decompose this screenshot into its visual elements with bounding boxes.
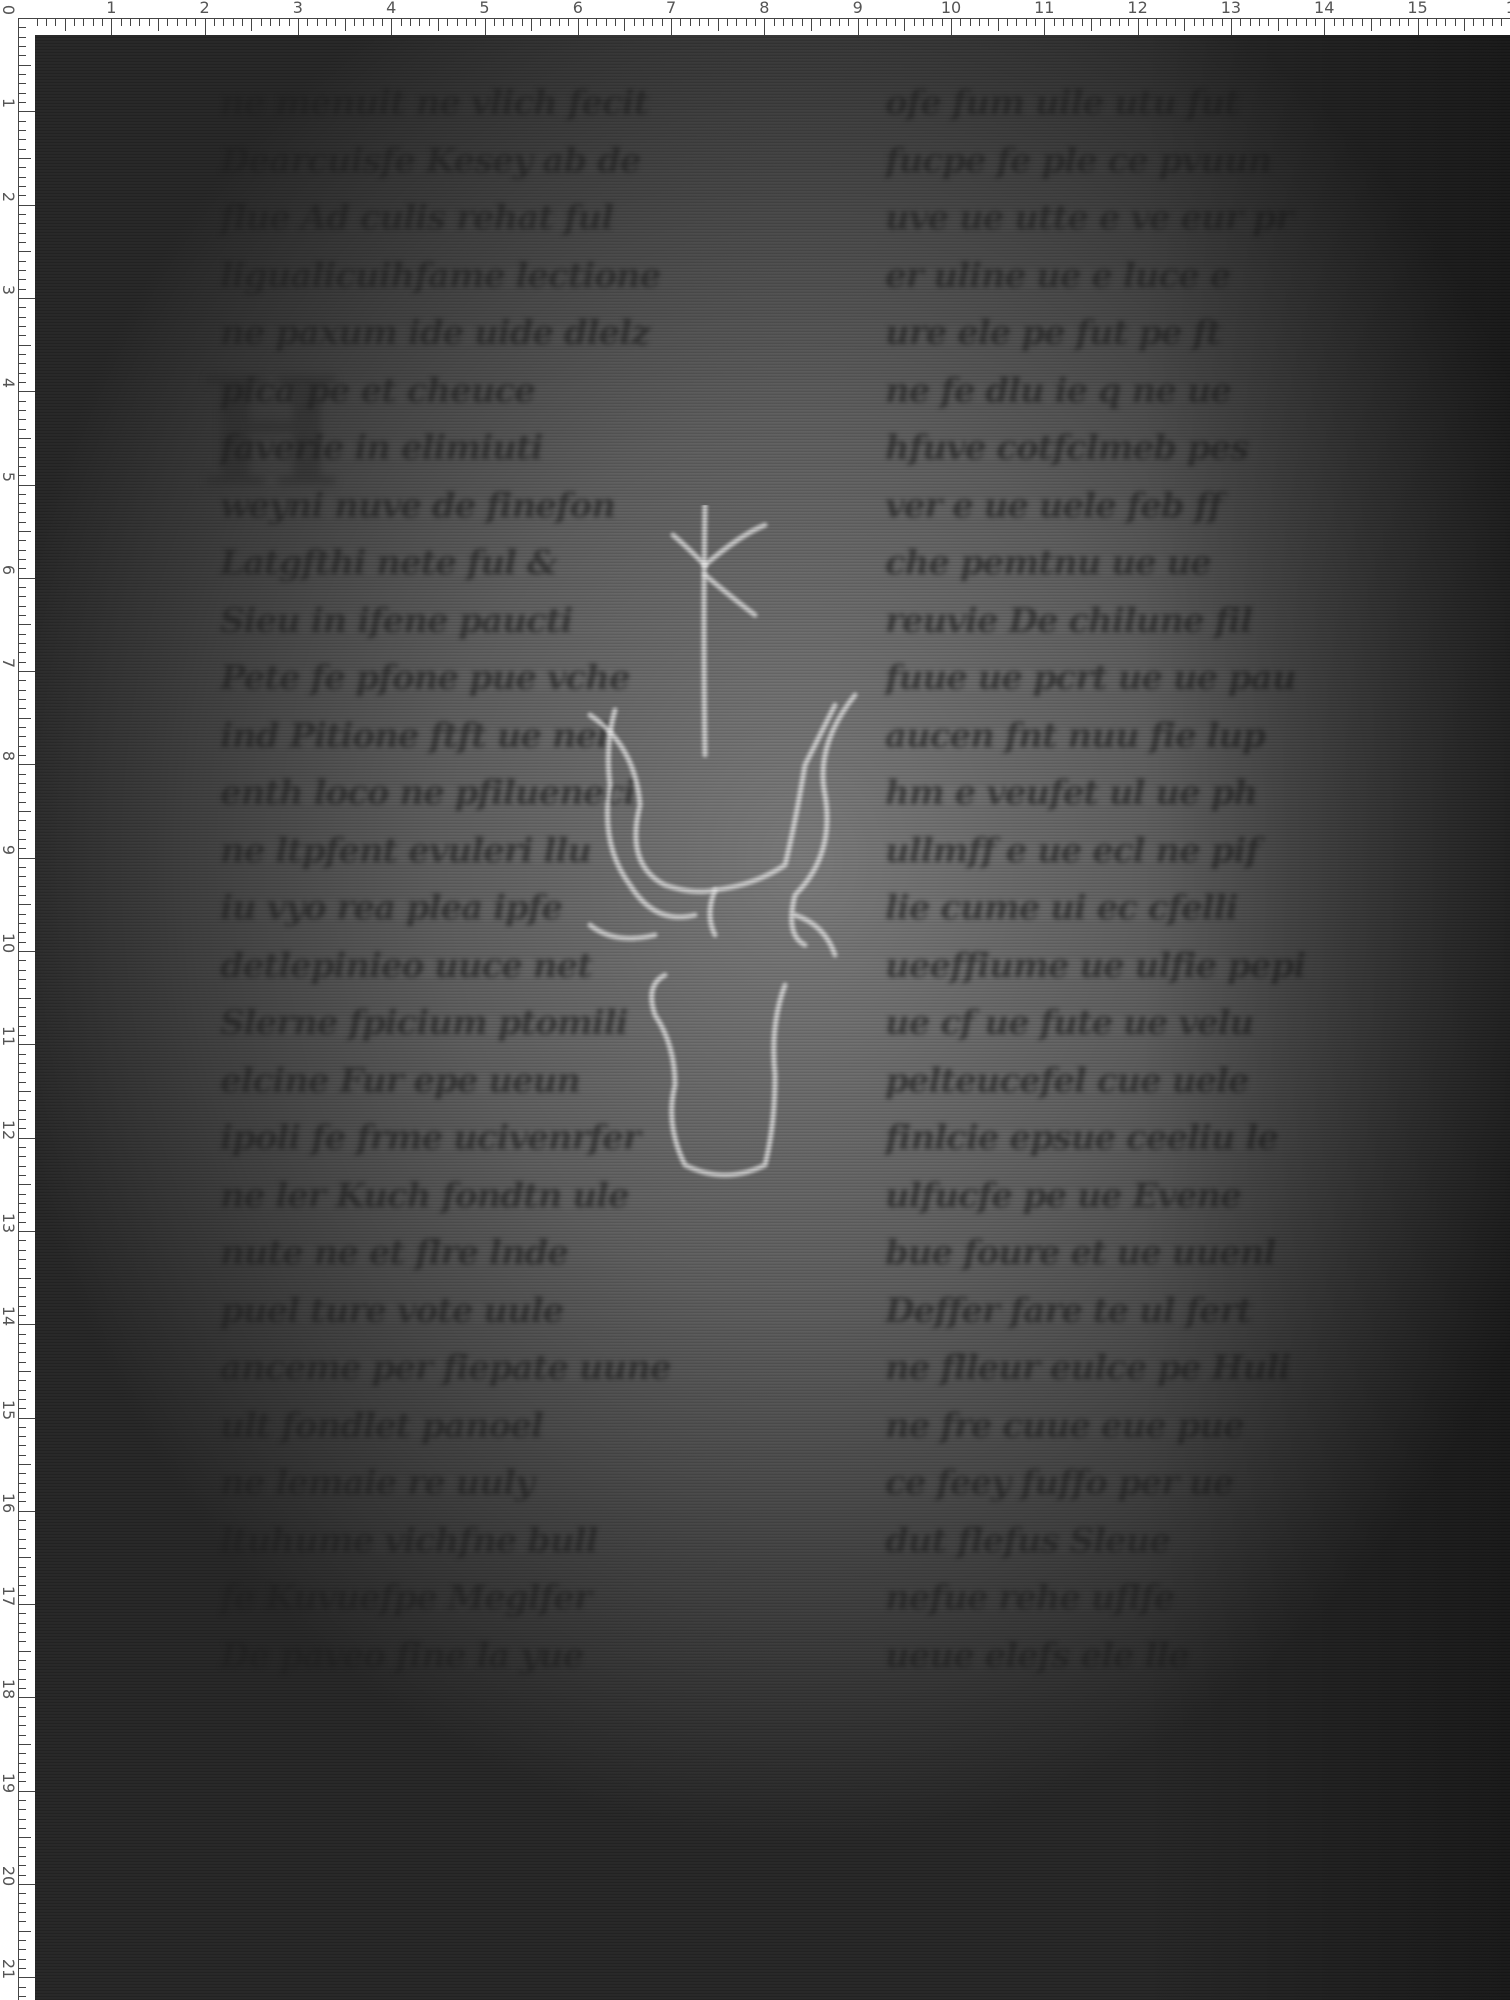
manuscript-line: ue cf ue fute ue velu	[885, 995, 1445, 1053]
ruler-tick	[19, 242, 26, 243]
ruler-tick	[19, 1707, 26, 1708]
ruler-tick	[177, 19, 178, 26]
ruler-tick	[1054, 19, 1055, 26]
ruler-tick	[531, 19, 532, 31]
manuscript-line: pica pe et cheuce	[220, 363, 780, 421]
ruler-tick	[19, 1184, 31, 1185]
ruler-tick	[19, 606, 26, 607]
ruler-tick	[19, 774, 26, 775]
ruler-tick	[19, 596, 26, 597]
ruler-tick	[1343, 19, 1344, 26]
ruler-tick	[19, 1026, 26, 1027]
manuscript-line: Dearcuisfe Kesey ab de	[220, 133, 780, 191]
ruler-tick	[540, 19, 541, 26]
ruler-top-label: 4	[386, 0, 396, 16]
ruler-tick	[19, 904, 31, 905]
ruler-tick	[942, 19, 943, 26]
ruler-tick	[1315, 19, 1316, 26]
ruler-tick	[19, 1194, 26, 1195]
ruler-tick	[19, 1390, 26, 1391]
ruler-tick	[1016, 19, 1017, 26]
ruler-tick	[578, 19, 579, 35]
ruler-tick	[19, 18, 35, 19]
ruler-tick	[19, 1548, 26, 1549]
ruler-tick	[19, 1296, 26, 1297]
ruler-tick	[19, 736, 26, 737]
ruler-tick	[19, 1567, 26, 1568]
ruler-tick	[19, 699, 26, 700]
ruler-tick	[19, 1427, 26, 1428]
manuscript-line: ult fondlet panoel	[220, 1398, 780, 1456]
manuscript-line: ce feey fuffo per ue	[885, 1455, 1445, 1513]
ruler-tick	[550, 19, 551, 26]
ruler-tick	[19, 1511, 35, 1512]
manuscript-line: reuvie De chilune fil	[885, 593, 1445, 651]
ruler-tick	[19, 1847, 26, 1848]
ruler-tick	[895, 19, 896, 26]
ruler-tick	[19, 680, 26, 681]
ruler-tick	[932, 19, 933, 26]
ruler-tick	[914, 19, 915, 26]
ruler-tick	[615, 19, 616, 26]
ruler-tick	[19, 65, 31, 66]
ruler-tick	[401, 19, 402, 26]
ruler-tick	[19, 960, 26, 961]
ruler-tick	[820, 19, 821, 26]
ruler-tick	[19, 1875, 26, 1876]
ruler-tick	[19, 205, 35, 206]
ruler-tick	[19, 1660, 26, 1661]
ruler-tick	[1026, 19, 1027, 26]
ruler-tick	[19, 764, 35, 765]
manuscript-line: ligualicuihfame lectione	[220, 248, 780, 306]
ruler-tick	[466, 19, 467, 26]
ruler-tick	[19, 1604, 35, 1605]
ruler-tick	[19, 382, 26, 383]
ruler-tick	[19, 1763, 26, 1764]
ruler-tick	[1072, 19, 1073, 26]
ruler-tick	[121, 19, 122, 26]
ruler-tick	[19, 1651, 31, 1652]
ruler-tick	[19, 1147, 26, 1148]
ruler-tick	[19, 755, 26, 756]
ruler-tick	[811, 19, 812, 31]
manuscript-line: fucpe fe ple ce pvuun	[885, 133, 1445, 191]
ruler-tick	[186, 19, 187, 26]
ruler-tick	[270, 19, 271, 26]
ruler-tick	[19, 46, 26, 47]
ruler-tick	[19, 485, 35, 486]
ruler-tick	[690, 19, 691, 26]
ruler-tick	[19, 279, 26, 280]
manuscript-line: fe Kuvuefpe Meglfer	[220, 1570, 780, 1628]
ruler-left-label: 11	[0, 1026, 16, 1046]
ruler-tick	[19, 1240, 26, 1241]
ruler-tick	[19, 1100, 26, 1101]
ruler-tick	[19, 1996, 26, 1997]
ruler-tick	[307, 19, 308, 26]
manuscript-line: nefue rehe uflfe	[885, 1570, 1445, 1628]
ruler-tick	[19, 438, 31, 439]
ruler-tick	[680, 19, 681, 26]
ruler-tick	[19, 559, 26, 560]
ruler-tick	[93, 19, 94, 26]
ruler-tick	[1240, 19, 1241, 26]
ruler-tick	[242, 19, 243, 26]
ruler-tick	[494, 19, 495, 26]
ruler-tick	[19, 867, 26, 868]
ruler-tick	[19, 522, 26, 523]
ruler-left-label: 7	[0, 658, 16, 668]
ruler-tick	[1119, 19, 1120, 26]
ruler-tick	[373, 19, 374, 26]
ruler-tick	[19, 830, 26, 831]
ruler-left-label: 1	[0, 98, 16, 108]
manuscript-line: ne paxum ide uide dlelz	[220, 305, 780, 363]
ruler-tick	[19, 1044, 35, 1045]
manuscript-line: aucen fnt nuu fie lup	[885, 708, 1445, 766]
ruler-tick	[19, 886, 26, 887]
ruler-tick	[522, 19, 523, 26]
ruler-tick	[19, 1781, 26, 1782]
ruler-tick	[746, 19, 747, 26]
ruler-tick	[19, 83, 26, 84]
ruler-tick	[699, 19, 700, 26]
ruler-tick	[19, 1557, 31, 1558]
ruler-tick	[149, 19, 150, 26]
ruler-tick	[19, 475, 26, 476]
manuscript-line: flue Ad culis rehat ful	[220, 190, 780, 248]
manuscript-line: pelteucefel cue uele	[885, 1053, 1445, 1111]
manuscript-line: hm e veufet ul ue ph	[885, 765, 1445, 823]
ruler-left: 0123456789101112131415161718192021	[0, 0, 35, 2000]
ruler-tick	[19, 1315, 26, 1316]
ruler-tick	[652, 19, 653, 26]
ruler-top-label: 3	[293, 0, 303, 16]
ruler-tick	[1259, 19, 1260, 26]
ruler-top: 01234567891011121314151	[0, 0, 1510, 35]
ruler-tick	[167, 19, 168, 26]
ruler-tick	[19, 1772, 26, 1773]
ruler-tick	[111, 19, 112, 35]
ruler-tick	[19, 1054, 26, 1055]
ruler-tick	[83, 19, 84, 26]
manuscript-line: ver e ue uele feb ff	[885, 478, 1445, 536]
ruler-top-label: 1	[106, 0, 116, 16]
ruler-tick	[19, 410, 26, 411]
ruler-tick	[19, 1959, 26, 1960]
ruler-tick	[261, 19, 262, 26]
ruler-tick	[19, 1418, 35, 1419]
ruler-tick	[19, 998, 31, 999]
ruler-tick	[1334, 19, 1335, 26]
ruler-tick	[19, 624, 31, 625]
ruler-top-label: 11	[1034, 0, 1054, 16]
ruler-tick	[19, 1641, 26, 1642]
ruler-tick	[19, 1949, 26, 1950]
ruler-tick	[345, 19, 346, 31]
ruler-tick	[19, 1931, 31, 1932]
ruler-tick	[19, 1529, 26, 1530]
ruler-tick	[19, 932, 26, 933]
ruler-tick	[19, 1893, 26, 1894]
ruler-tick	[19, 979, 26, 980]
ruler-tick	[19, 802, 26, 803]
ruler-tick	[102, 19, 103, 26]
ruler-tick	[19, 578, 35, 579]
ruler-tick	[214, 19, 215, 26]
ruler-top-label: 9	[853, 0, 863, 16]
ruler-tick	[1436, 19, 1437, 26]
ruler-tick	[19, 447, 26, 448]
ruler-tick	[19, 158, 31, 159]
ruler-tick	[19, 1156, 26, 1157]
ruler-tick	[19, 177, 26, 178]
ruler-tick	[19, 457, 26, 458]
ruler-tick	[1082, 19, 1083, 26]
ruler-tick	[19, 1977, 35, 1978]
ruler-tick	[19, 1334, 26, 1335]
ruler-tick	[19, 1278, 31, 1279]
ruler-tick	[19, 1399, 26, 1400]
ruler-tick	[19, 1940, 26, 1941]
ruler-tick	[19, 307, 26, 308]
ruler-tick	[1427, 19, 1428, 26]
ruler-tick	[19, 1110, 26, 1111]
ruler-tick	[19, 466, 26, 467]
ruler-tick	[19, 261, 26, 262]
ruler-tick	[19, 317, 26, 318]
ruler-tick	[19, 1735, 26, 1736]
ruler-tick	[363, 19, 364, 26]
ruler-left-label: 19	[0, 1773, 16, 1793]
ruler-tick	[970, 19, 971, 26]
ruler-tick	[19, 289, 26, 290]
ruler-tick	[1100, 19, 1101, 26]
ruler-tick	[429, 19, 430, 26]
ruler-tick	[1445, 19, 1446, 26]
ruler-tick	[19, 111, 35, 112]
ruler-tick	[391, 19, 392, 35]
ruler-top-label: 5	[479, 0, 489, 16]
manuscript-line: nute ne et flre lnde	[220, 1225, 780, 1283]
ruler-tick	[19, 1987, 26, 1988]
ruler-tick	[19, 251, 31, 252]
ruler-top-label: 10	[941, 0, 961, 16]
ruler-tick	[19, 1343, 26, 1344]
ruler-tick	[1464, 19, 1465, 31]
ruler-tick	[839, 19, 840, 26]
ruler-tick	[1362, 19, 1363, 26]
ruler-tick	[1399, 19, 1400, 26]
ruler-tick	[512, 19, 513, 26]
ruler-tick	[1371, 19, 1372, 31]
manuscript-line: er uline ue e luce e	[885, 248, 1445, 306]
ruler-tick	[19, 1483, 26, 1484]
ruler-tick	[19, 820, 26, 821]
ruler-tick	[1231, 19, 1232, 35]
manuscript-line: ne menuit ne vlich fecit	[220, 75, 780, 133]
ruler-tick	[19, 1791, 35, 1792]
ruler-tick	[19, 718, 31, 719]
ruler-tick	[19, 354, 26, 355]
ruler-tick	[19, 419, 26, 420]
ruler-left-label: 16	[0, 1493, 16, 1513]
ruler-tick	[74, 19, 75, 26]
manuscript-line: ne fre cuue eue pue	[885, 1398, 1445, 1456]
ruler-tick	[19, 270, 26, 271]
ruler-tick	[19, 1455, 26, 1456]
ruler-tick	[19, 55, 26, 56]
ruler-tick	[19, 102, 26, 103]
ruler-tick	[1296, 19, 1297, 26]
ruler-tick	[354, 19, 355, 26]
ruler-tick	[19, 401, 26, 402]
ruler-tick	[19, 1268, 26, 1269]
ruler-tick	[1194, 19, 1195, 26]
ruler-tick	[568, 19, 569, 26]
manuscript-line: faverie in elimiuti	[220, 420, 780, 478]
ruler-tick	[19, 811, 31, 812]
manuscript-line: anceme per fiepate uune	[220, 1340, 780, 1398]
ruler-tick	[19, 923, 26, 924]
ruler-left-label: 21	[0, 1959, 16, 1979]
ruler-tick	[19, 746, 26, 747]
ruler-tick	[19, 37, 26, 38]
ruler-tick	[1483, 19, 1484, 26]
ruler-tick	[19, 1380, 26, 1381]
ruler-tick	[251, 19, 252, 31]
ruler-tick	[19, 643, 26, 644]
ruler-tick	[19, 1231, 35, 1232]
ruler-tick	[19, 1035, 26, 1036]
ruler-tick	[1110, 19, 1111, 26]
ruler-left-label: 10	[0, 933, 16, 953]
ruler-tick	[19, 1016, 26, 1017]
ruler-tick	[19, 503, 26, 504]
ruler-tick	[19, 671, 35, 672]
ruler-tick	[867, 19, 868, 26]
ruler-top-label: 14	[1314, 0, 1334, 16]
manuscript-line: dut flefus Sleue	[885, 1513, 1445, 1571]
ruler-left-label: 4	[0, 378, 16, 388]
ruler-tick	[718, 19, 719, 31]
ruler-tick	[1166, 19, 1167, 26]
ruler-tick	[19, 568, 26, 569]
ruler-tick	[1306, 19, 1307, 26]
ruler-tick	[830, 19, 831, 26]
ruler-tick	[19, 1856, 26, 1857]
ruler-top-label: 8	[759, 0, 769, 16]
ruler-tick	[19, 363, 26, 364]
ruler-top-label: 7	[666, 0, 676, 16]
ruler-top-label: 2	[200, 0, 210, 16]
ruler-tick	[19, 391, 35, 392]
manuscript-line: puel ture vote uule	[220, 1283, 780, 1341]
ruler-tick	[19, 1091, 31, 1092]
ruler-tick	[792, 19, 793, 26]
ruler-tick	[1138, 19, 1139, 35]
ruler-tick	[1147, 19, 1148, 26]
ruler-tick	[904, 19, 905, 31]
ruler-tick	[19, 345, 31, 346]
ruler-top-label: 13	[1221, 0, 1241, 16]
manuscript-line: ullmff e ue ecl ne pif	[885, 823, 1445, 881]
ruler-tick	[19, 914, 26, 915]
ruler-tick	[643, 19, 644, 26]
ruler-tick	[223, 19, 224, 26]
ruler-left-baseline	[18, 18, 19, 2000]
ruler-tick	[19, 1679, 26, 1680]
ruler-left-label: 0	[0, 5, 16, 15]
ruler-tick	[1156, 19, 1157, 26]
manuscript-line: ofe fum uile utu fut	[885, 75, 1445, 133]
manuscript-line: ne flleur eulce pe Huli	[885, 1340, 1445, 1398]
ruler-tick	[317, 19, 318, 26]
manuscript-line: ne lemaie re uuly	[220, 1455, 780, 1513]
ruler-tick	[596, 19, 597, 26]
ruler-tick	[447, 19, 448, 26]
ruler-tick	[503, 19, 504, 26]
ruler-tick	[1063, 19, 1064, 26]
ruler-tick	[298, 19, 299, 35]
bull-head-watermark-icon	[555, 505, 895, 1225]
ruler-tick	[485, 19, 486, 35]
ruler-tick	[764, 19, 765, 35]
ruler-tick	[19, 858, 35, 859]
ruler-tick	[19, 1306, 26, 1307]
ruler-tick	[457, 19, 458, 26]
ruler-tick	[19, 1203, 26, 1204]
ruler-tick	[19, 615, 26, 616]
ruler-tick	[19, 1753, 26, 1754]
manuscript-line: Deffer fare te ul fert	[885, 1283, 1445, 1341]
ruler-tick	[727, 19, 728, 26]
ruler-tick	[19, 326, 26, 327]
ruler-tick	[19, 1809, 26, 1810]
ruler-tick	[1418, 19, 1419, 35]
ruler-tick	[19, 74, 26, 75]
ruler-tick	[19, 690, 26, 691]
ruler-left-label: 2	[0, 192, 16, 202]
ruler-tick	[19, 1445, 26, 1446]
ruler-tick	[19, 634, 26, 635]
ruler-tick	[1184, 19, 1185, 31]
ruler-tick	[19, 1688, 26, 1689]
manuscript-line: fuue ue pcrt ue ue pau	[885, 650, 1445, 708]
ruler-tick	[1035, 19, 1036, 26]
ruler-tick	[130, 19, 131, 26]
ruler-tick	[19, 130, 26, 131]
ruler-tick	[19, 1371, 31, 1372]
ruler-tick	[19, 27, 26, 28]
ruler-tick	[1455, 19, 1456, 26]
ruler-tick	[19, 1837, 31, 1838]
ruler-tick	[708, 19, 709, 26]
ruler-left-label: 15	[0, 1399, 16, 1419]
ruler-tick	[19, 214, 26, 215]
ruler-tick	[19, 1492, 26, 1493]
ruler-tick	[158, 19, 159, 31]
ruler-tick	[1278, 19, 1279, 31]
ruler-tick	[19, 895, 26, 896]
manuscript-line: De paveo fine la yue	[220, 1628, 780, 1686]
ruler-tick	[19, 1539, 26, 1540]
ruler-tick	[19, 848, 26, 849]
ruler-tick	[1203, 19, 1204, 26]
ruler-tick	[19, 1007, 26, 1008]
ruler-tick	[19, 223, 26, 224]
